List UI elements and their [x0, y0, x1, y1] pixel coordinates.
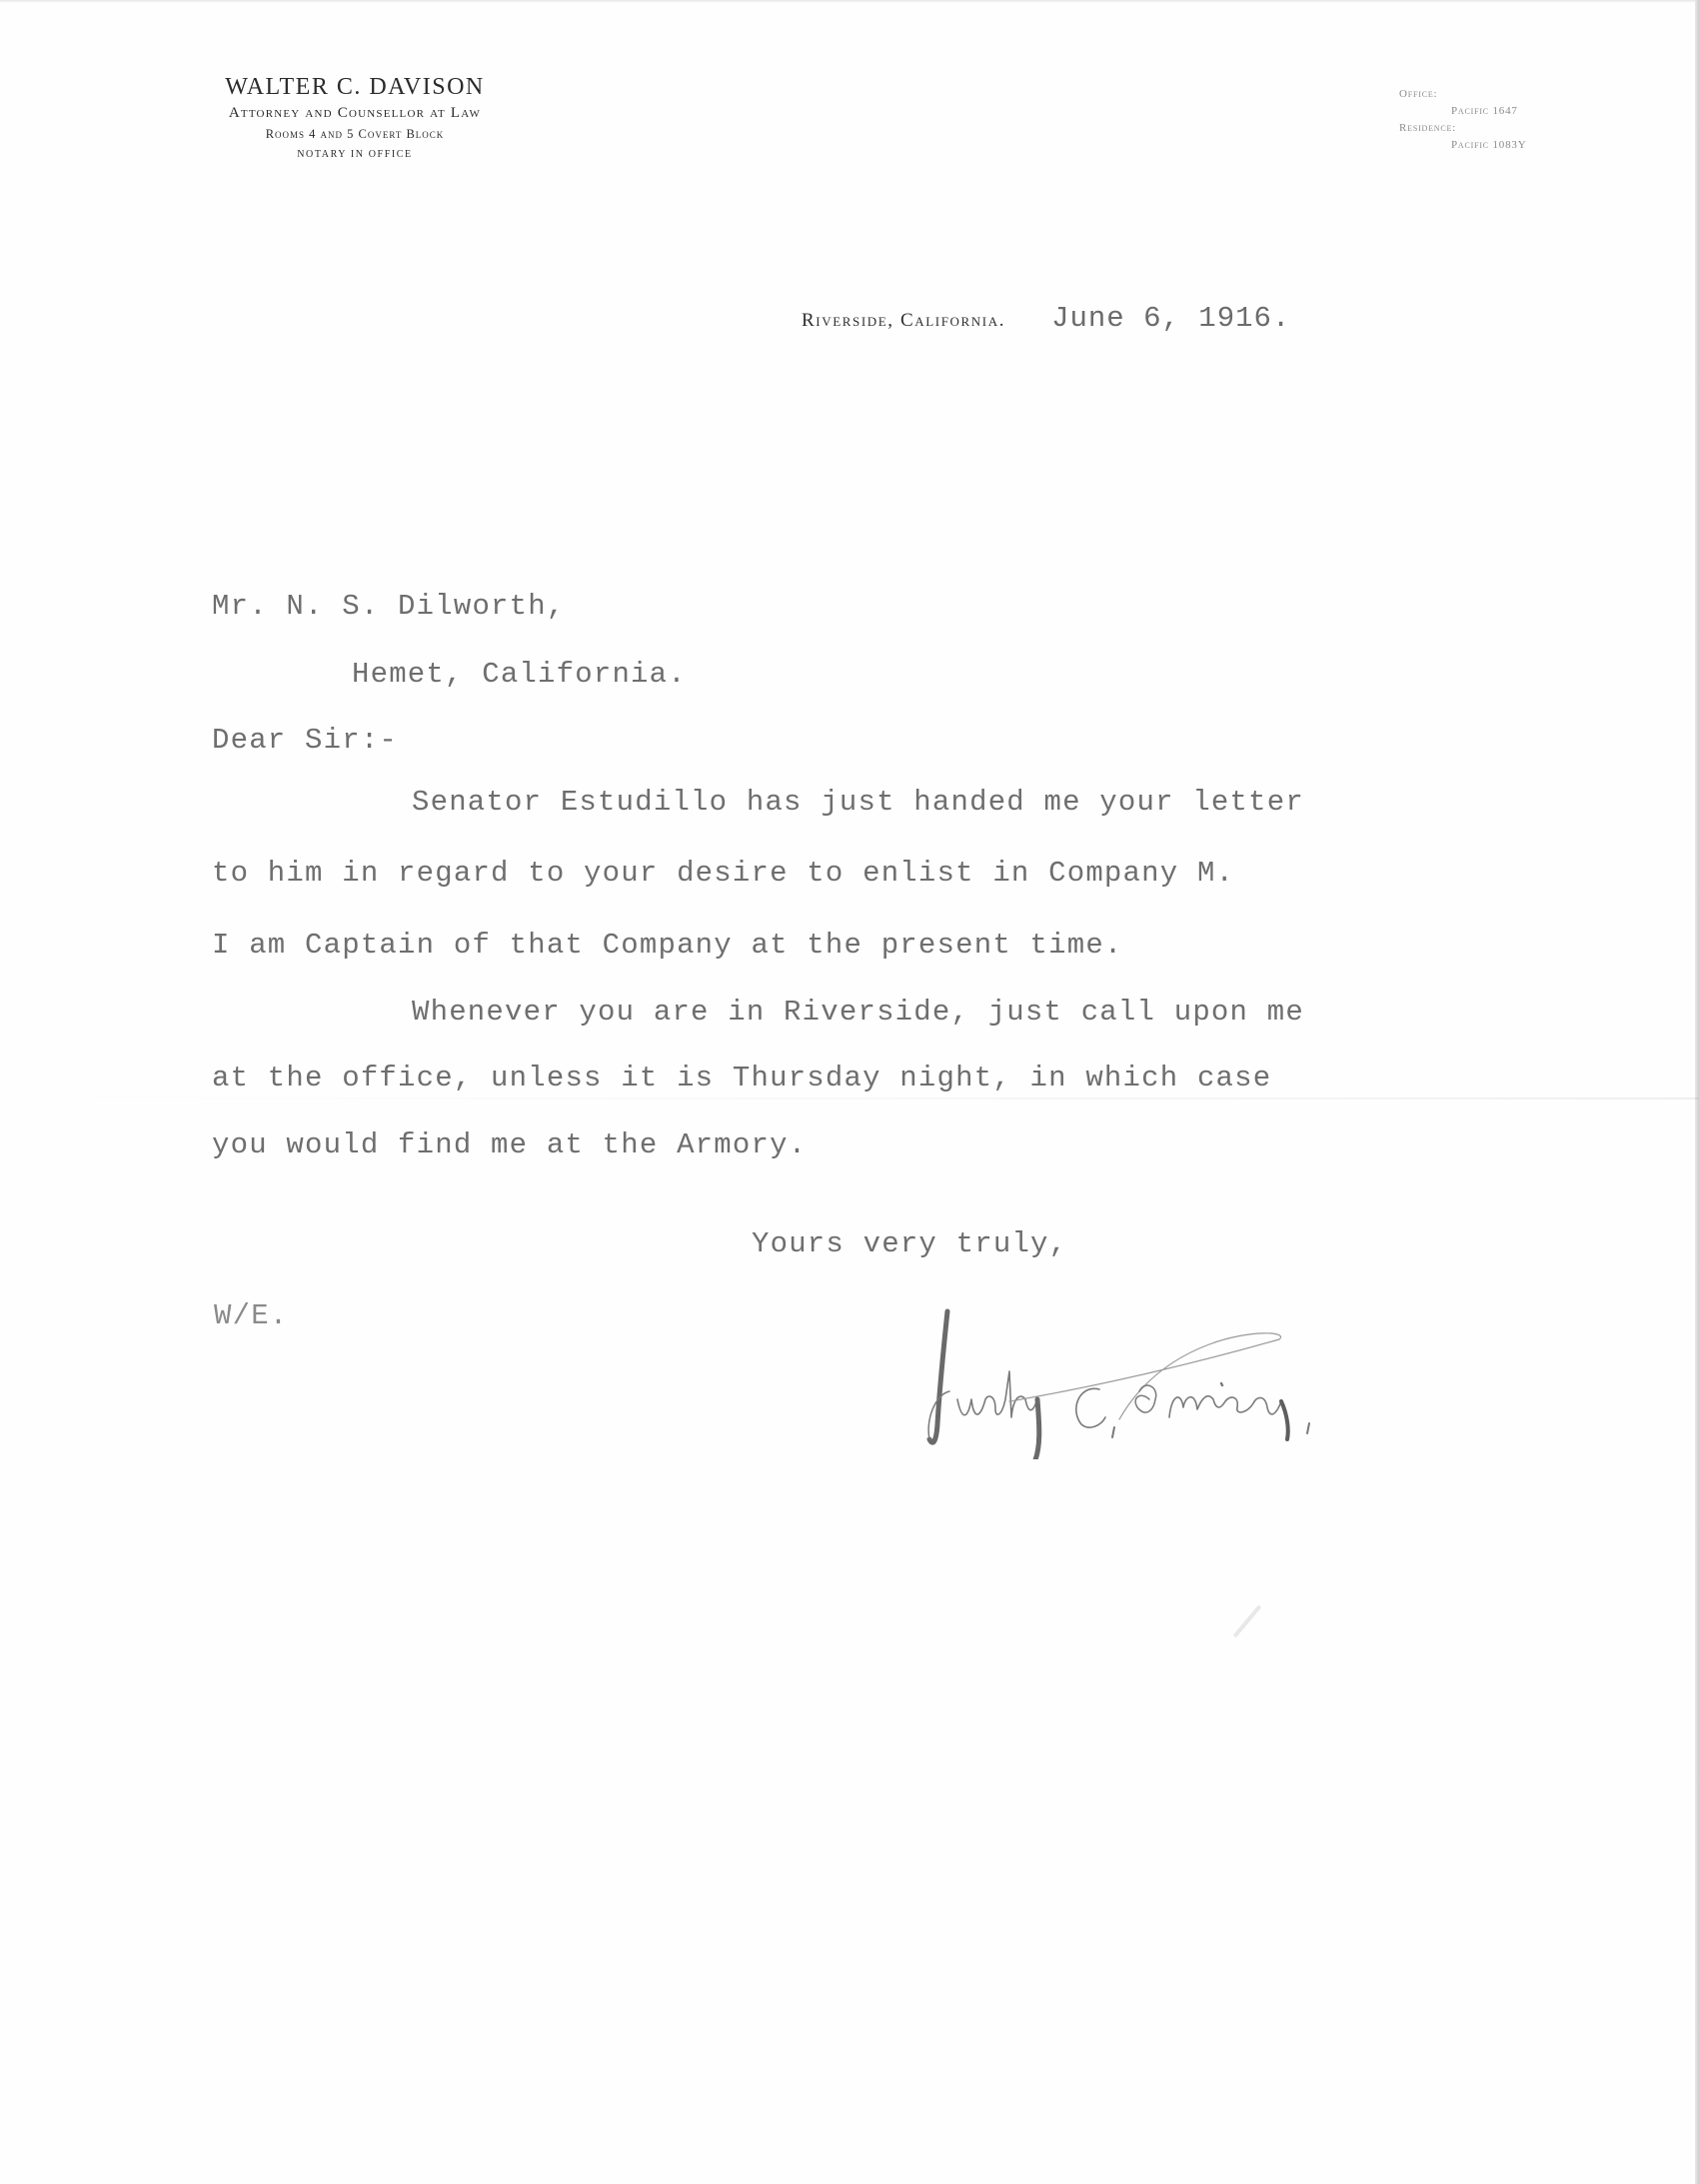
letterhead: WALTER C. DAVISON Attorney and Counsello… [120, 72, 590, 166]
ink-smudge [1233, 1604, 1262, 1637]
handwritten-signature: Walter C. Davison [909, 1299, 1469, 1459]
paper-fold-line [0, 1097, 1699, 1099]
body-line-2: to him in regard to your desire to enlis… [212, 857, 1234, 890]
office-phone-number: Pacific 1647 [1399, 103, 1526, 120]
letterhead-address: Rooms 4 and 5 Covert Block [120, 124, 590, 144]
dateline: Riverside, California. June 6, 1916. [802, 302, 1290, 335]
salutation: Dear Sir:- [212, 724, 398, 757]
letterhead-title: Attorney and Counsellor at Law [120, 102, 590, 124]
letter-page: WALTER C. DAVISON Attorney and Counsello… [0, 0, 1699, 2184]
letterhead-name: WALTER C. DAVISON [120, 72, 590, 102]
recipient-name: Mr. N. S. Dilworth, [212, 590, 565, 623]
residence-phone-number: Pacific 1083Y [1399, 137, 1526, 154]
recipient-location: Hemet, California. [352, 658, 687, 691]
phone-block: Office: Pacific 1647 Residence: Pacific … [1399, 86, 1526, 154]
body-line-6: you would find me at the Armory. [212, 1128, 807, 1161]
body-line-3: I am Captain of that Company at the pres… [212, 929, 1123, 962]
office-phone-label: Office: [1399, 86, 1526, 103]
body-line-4: Whenever you are in Riverside, just call… [412, 996, 1304, 1029]
closing: Yours very truly, [752, 1227, 1067, 1260]
dateline-place: Riverside, California. [802, 310, 1005, 332]
typist-initials: W/E. [214, 1299, 288, 1332]
residence-phone-label: Residence: [1399, 120, 1526, 137]
paper-right-edge [1695, 0, 1699, 2184]
dateline-date: June 6, 1916. [1051, 302, 1290, 335]
paper-top-edge [0, 0, 1699, 3]
letterhead-notary: notary in office [120, 144, 590, 166]
body-line-1: Senator Estudillo has just handed me you… [412, 786, 1304, 819]
body-line-5: at the office, unless it is Thursday nig… [212, 1062, 1271, 1094]
